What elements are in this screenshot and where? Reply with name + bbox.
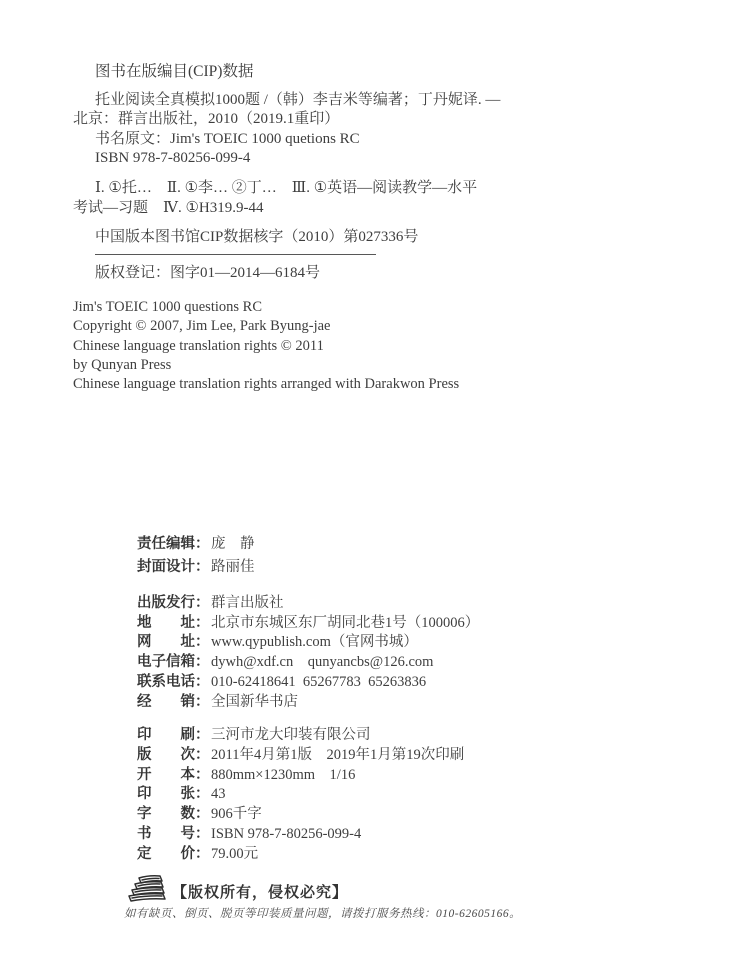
field-phone: 联系电话：010-62418641 65267783 65263836 — [137, 673, 479, 693]
field-label: 封面设计： — [137, 556, 211, 579]
field-value: www.qypublish.com（官网书城） — [211, 634, 418, 650]
field-website: 网 址：www.qypublish.com（官网书城） — [137, 633, 479, 653]
field-value: 北京市东城区东厂胡同北巷1号（100006） — [211, 615, 479, 631]
field-label: 印 张： — [137, 785, 211, 805]
field-value: 79.00元 — [211, 846, 258, 862]
field-label: 责任编辑： — [137, 533, 211, 556]
field-label: 字 数： — [137, 805, 211, 825]
field-value: ISBN 978-7-80256-099-4 — [211, 826, 361, 842]
field-price: 定 价：79.00元 — [137, 845, 464, 865]
field-label: 开 本： — [137, 766, 211, 786]
english-line: Copyright © 2007, Jim Lee, Park Byung-ja… — [73, 317, 593, 336]
field-label: 版 次： — [137, 746, 211, 766]
field-format: 开 本：880mm×1230mm 1/16 — [137, 766, 464, 786]
field-sheets: 印 张：43 — [137, 785, 464, 805]
book-copyright-page: 图书在版编目(CIP)数据 托业阅读全真模拟1000题 /（韩）李吉米等编著；丁… — [0, 0, 750, 979]
field-managing-editor: 责任编辑：庞 静 — [137, 533, 255, 556]
cip-classification-line2: 考试—习题 Ⅳ. ①H319.9-44 — [73, 199, 573, 219]
field-isbn: 书 号：ISBN 978-7-80256-099-4 — [137, 825, 464, 845]
english-line: by Qunyan Press — [73, 356, 593, 375]
field-value: 2011年4月第1版 2019年1月第19次印刷 — [211, 747, 464, 763]
field-value: 庞 静 — [211, 536, 255, 552]
field-value: 路丽佳 — [211, 559, 255, 575]
cip-entry-line2: 北京：群言出版社，2010（2019.1重印） — [73, 110, 573, 130]
english-line: Chinese language translation rights © 20… — [73, 337, 593, 356]
footer: 【版权所有，侵权必究】 如有缺页、倒页、脱页等印装质量问题，请拨打服务热线：01… — [122, 874, 682, 954]
field-label: 印 刷： — [137, 726, 211, 746]
field-value: 43 — [211, 786, 226, 802]
field-value: 三河市龙大印装有限公司 — [211, 727, 371, 743]
cip-entry-line1: 托业阅读全真模拟1000题 /（韩）李吉米等编著；丁丹妮译. — — [95, 91, 573, 111]
divider-rule — [95, 254, 376, 255]
field-value: dywh@xdf.cn qunyancbs@126.com — [211, 654, 433, 670]
cip-classification-line1: Ⅰ. ①托… Ⅱ. ①李… ②丁… Ⅲ. ①英语—阅读教学—水平 — [95, 179, 573, 199]
field-value: 010-62418641 65267783 65263836 — [211, 674, 426, 690]
field-label: 经 销： — [137, 693, 211, 713]
field-value: 880mm×1230mm 1/16 — [211, 767, 355, 783]
field-label: 电子信箱： — [137, 653, 211, 673]
field-label: 网 址： — [137, 633, 211, 653]
field-publisher: 出版发行：群言出版社 — [137, 594, 479, 614]
field-label: 出版发行： — [137, 594, 211, 614]
field-edition: 版 次：2011年4月第1版 2019年1月第19次印刷 — [137, 746, 464, 766]
field-word-count: 字 数：906千字 — [137, 805, 464, 825]
cip-isbn: ISBN 978-7-80256-099-4 — [95, 149, 573, 169]
field-distribution: 经 销：全国新华书店 — [137, 693, 479, 713]
publisher-info: 出版发行：群言出版社 地 址：北京市东城区东厂胡同北巷1号（100006） 网 … — [137, 594, 479, 712]
field-label: 定 价： — [137, 845, 211, 865]
cip-record-number: 中国版本图书馆CIP数据核字（2010）第027336号 — [95, 228, 573, 248]
english-copyright-block: Jim's TOEIC 1000 questions RC Copyright … — [73, 298, 593, 394]
english-line: Jim's TOEIC 1000 questions RC — [73, 298, 593, 317]
field-email: 电子信箱：dywh@xdf.cn qunyancbs@126.com — [137, 653, 479, 673]
english-line: Chinese language translation rights arra… — [73, 375, 593, 394]
field-printer: 印 刷：三河市龙大印装有限公司 — [137, 726, 464, 746]
staff-credits: 责任编辑：庞 静 封面设计：路丽佳 — [137, 533, 255, 578]
field-address: 地 址：北京市东城区东厂胡同北巷1号（100006） — [137, 614, 479, 634]
field-value: 906千字 — [211, 806, 262, 822]
field-label: 书 号： — [137, 825, 211, 845]
service-hotline: 如有缺页、倒页、脱页等印装质量问题，请拨打服务热线：010-62605166。 — [124, 905, 521, 921]
printing-info: 印 刷：三河市龙大印装有限公司 版 次：2011年4月第1版 2019年1月第1… — [137, 726, 464, 865]
cip-heading: 图书在版编目(CIP)数据 — [95, 62, 573, 82]
copyright-notice: 【版权所有，侵权必究】 — [172, 881, 348, 902]
field-label: 联系电话： — [137, 673, 211, 693]
field-cover-design: 封面设计：路丽佳 — [137, 556, 255, 579]
field-label: 地 址： — [137, 614, 211, 634]
cip-section: 图书在版编目(CIP)数据 托业阅读全真模拟1000题 /（韩）李吉米等编著；丁… — [73, 62, 573, 283]
field-value: 群言出版社 — [211, 595, 284, 611]
field-value: 全国新华书店 — [211, 694, 298, 710]
cip-original-title: 书名原文：Jim's TOEIC 1000 quetions RC — [95, 130, 573, 150]
copyright-registration: 版权登记：图字01—2014—6184号 — [95, 264, 573, 284]
